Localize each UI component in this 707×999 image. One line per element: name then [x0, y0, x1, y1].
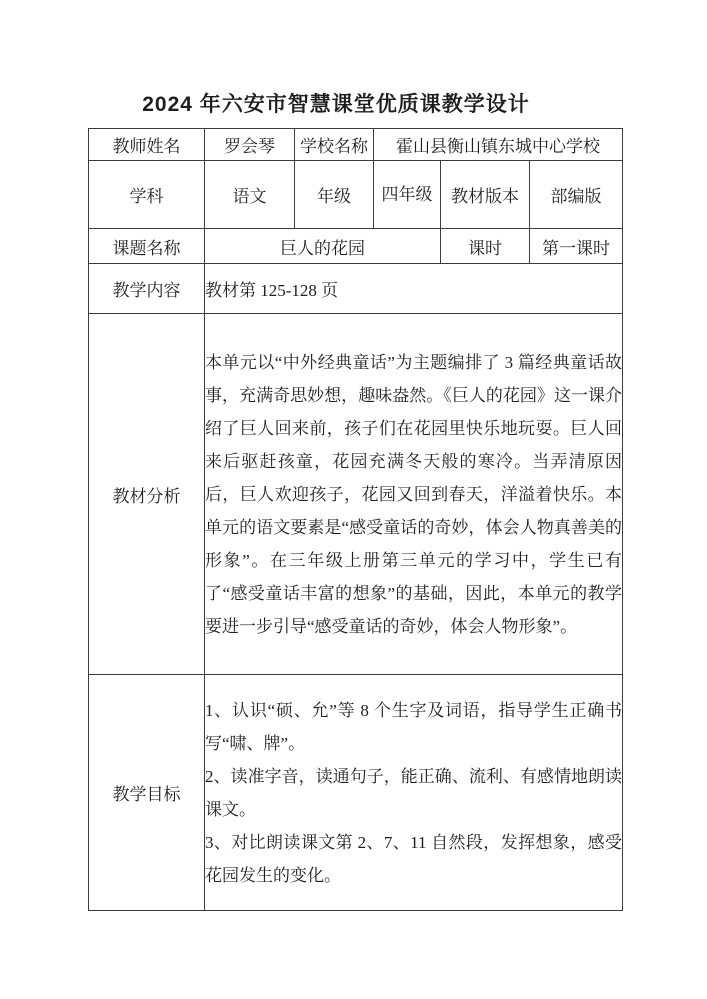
objective-item-2: 2、读准字音，读通句子，能正确、流利、有感情地朗读课文。 [205, 760, 622, 826]
subject-row: 学科 语文 年级 四年级 教材版本 部编版 [89, 161, 623, 229]
document-page: 2024 年六安市智慧课堂优质课教学设计 教师姓名 罗会琴 学校名称 霍山县衡山… [0, 0, 707, 999]
school-name-label: 学校名称 [295, 129, 374, 161]
school-name-value: 霍山县衡山镇东城中心学校 [374, 129, 623, 161]
teaching-content-value: 教材第 125-128 页 [205, 264, 623, 314]
document-title: 2024 年六安市智慧课堂优质课教学设计 [0, 88, 672, 118]
period-value: 第一课时 [530, 229, 623, 264]
teacher-row: 教师姓名 罗会琴 学校名称 霍山县衡山镇东城中心学校 [89, 129, 623, 161]
teaching-content-label: 教学内容 [89, 264, 205, 314]
grade-label: 年级 [295, 161, 374, 229]
subject-value: 语文 [205, 161, 295, 229]
material-analysis-label: 教材分析 [89, 314, 205, 675]
teaching-content-row: 教学内容 教材第 125-128 页 [89, 264, 623, 314]
objective-item-3: 3、对比朗读课文第 2、7、11 自然段，发挥想象，感受花园发生的变化。 [205, 826, 622, 892]
teaching-objectives-label: 教学目标 [89, 675, 205, 911]
topic-row: 课题名称 巨人的花园 课时 第一课时 [89, 229, 623, 264]
teacher-name-label: 教师姓名 [89, 129, 205, 161]
teaching-objectives-list: 1、认识“硕、允”等 8 个生字及词语，指导学生正确书写“啸、牌”。 2、读准字… [205, 675, 623, 911]
edition-label: 教材版本 [441, 161, 530, 229]
teaching-objectives-row: 教学目标 1、认识“硕、允”等 8 个生字及词语，指导学生正确书写“啸、牌”。 … [89, 675, 623, 911]
period-label: 课时 [441, 229, 530, 264]
material-analysis-row: 教材分析 本单元以“中外经典童话”为主题编排了 3 篇经典童话故事，充满奇思妙想… [89, 314, 623, 675]
edition-value: 部编版 [530, 161, 623, 229]
topic-label: 课题名称 [89, 229, 205, 264]
teacher-name-value: 罗会琴 [205, 129, 295, 161]
lesson-plan-table: 教师姓名 罗会琴 学校名称 霍山县衡山镇东城中心学校 学科 语文 年级 四年级 … [88, 128, 623, 911]
grade-value: 四年级 [374, 161, 441, 229]
topic-value: 巨人的花园 [205, 229, 441, 264]
material-analysis-text: 本单元以“中外经典童话”为主题编排了 3 篇经典童话故事，充满奇思妙想，趣味盎然… [205, 314, 623, 675]
objective-item-1: 1、认识“硕、允”等 8 个生字及词语，指导学生正确书写“啸、牌”。 [205, 694, 622, 760]
subject-label: 学科 [89, 161, 205, 229]
